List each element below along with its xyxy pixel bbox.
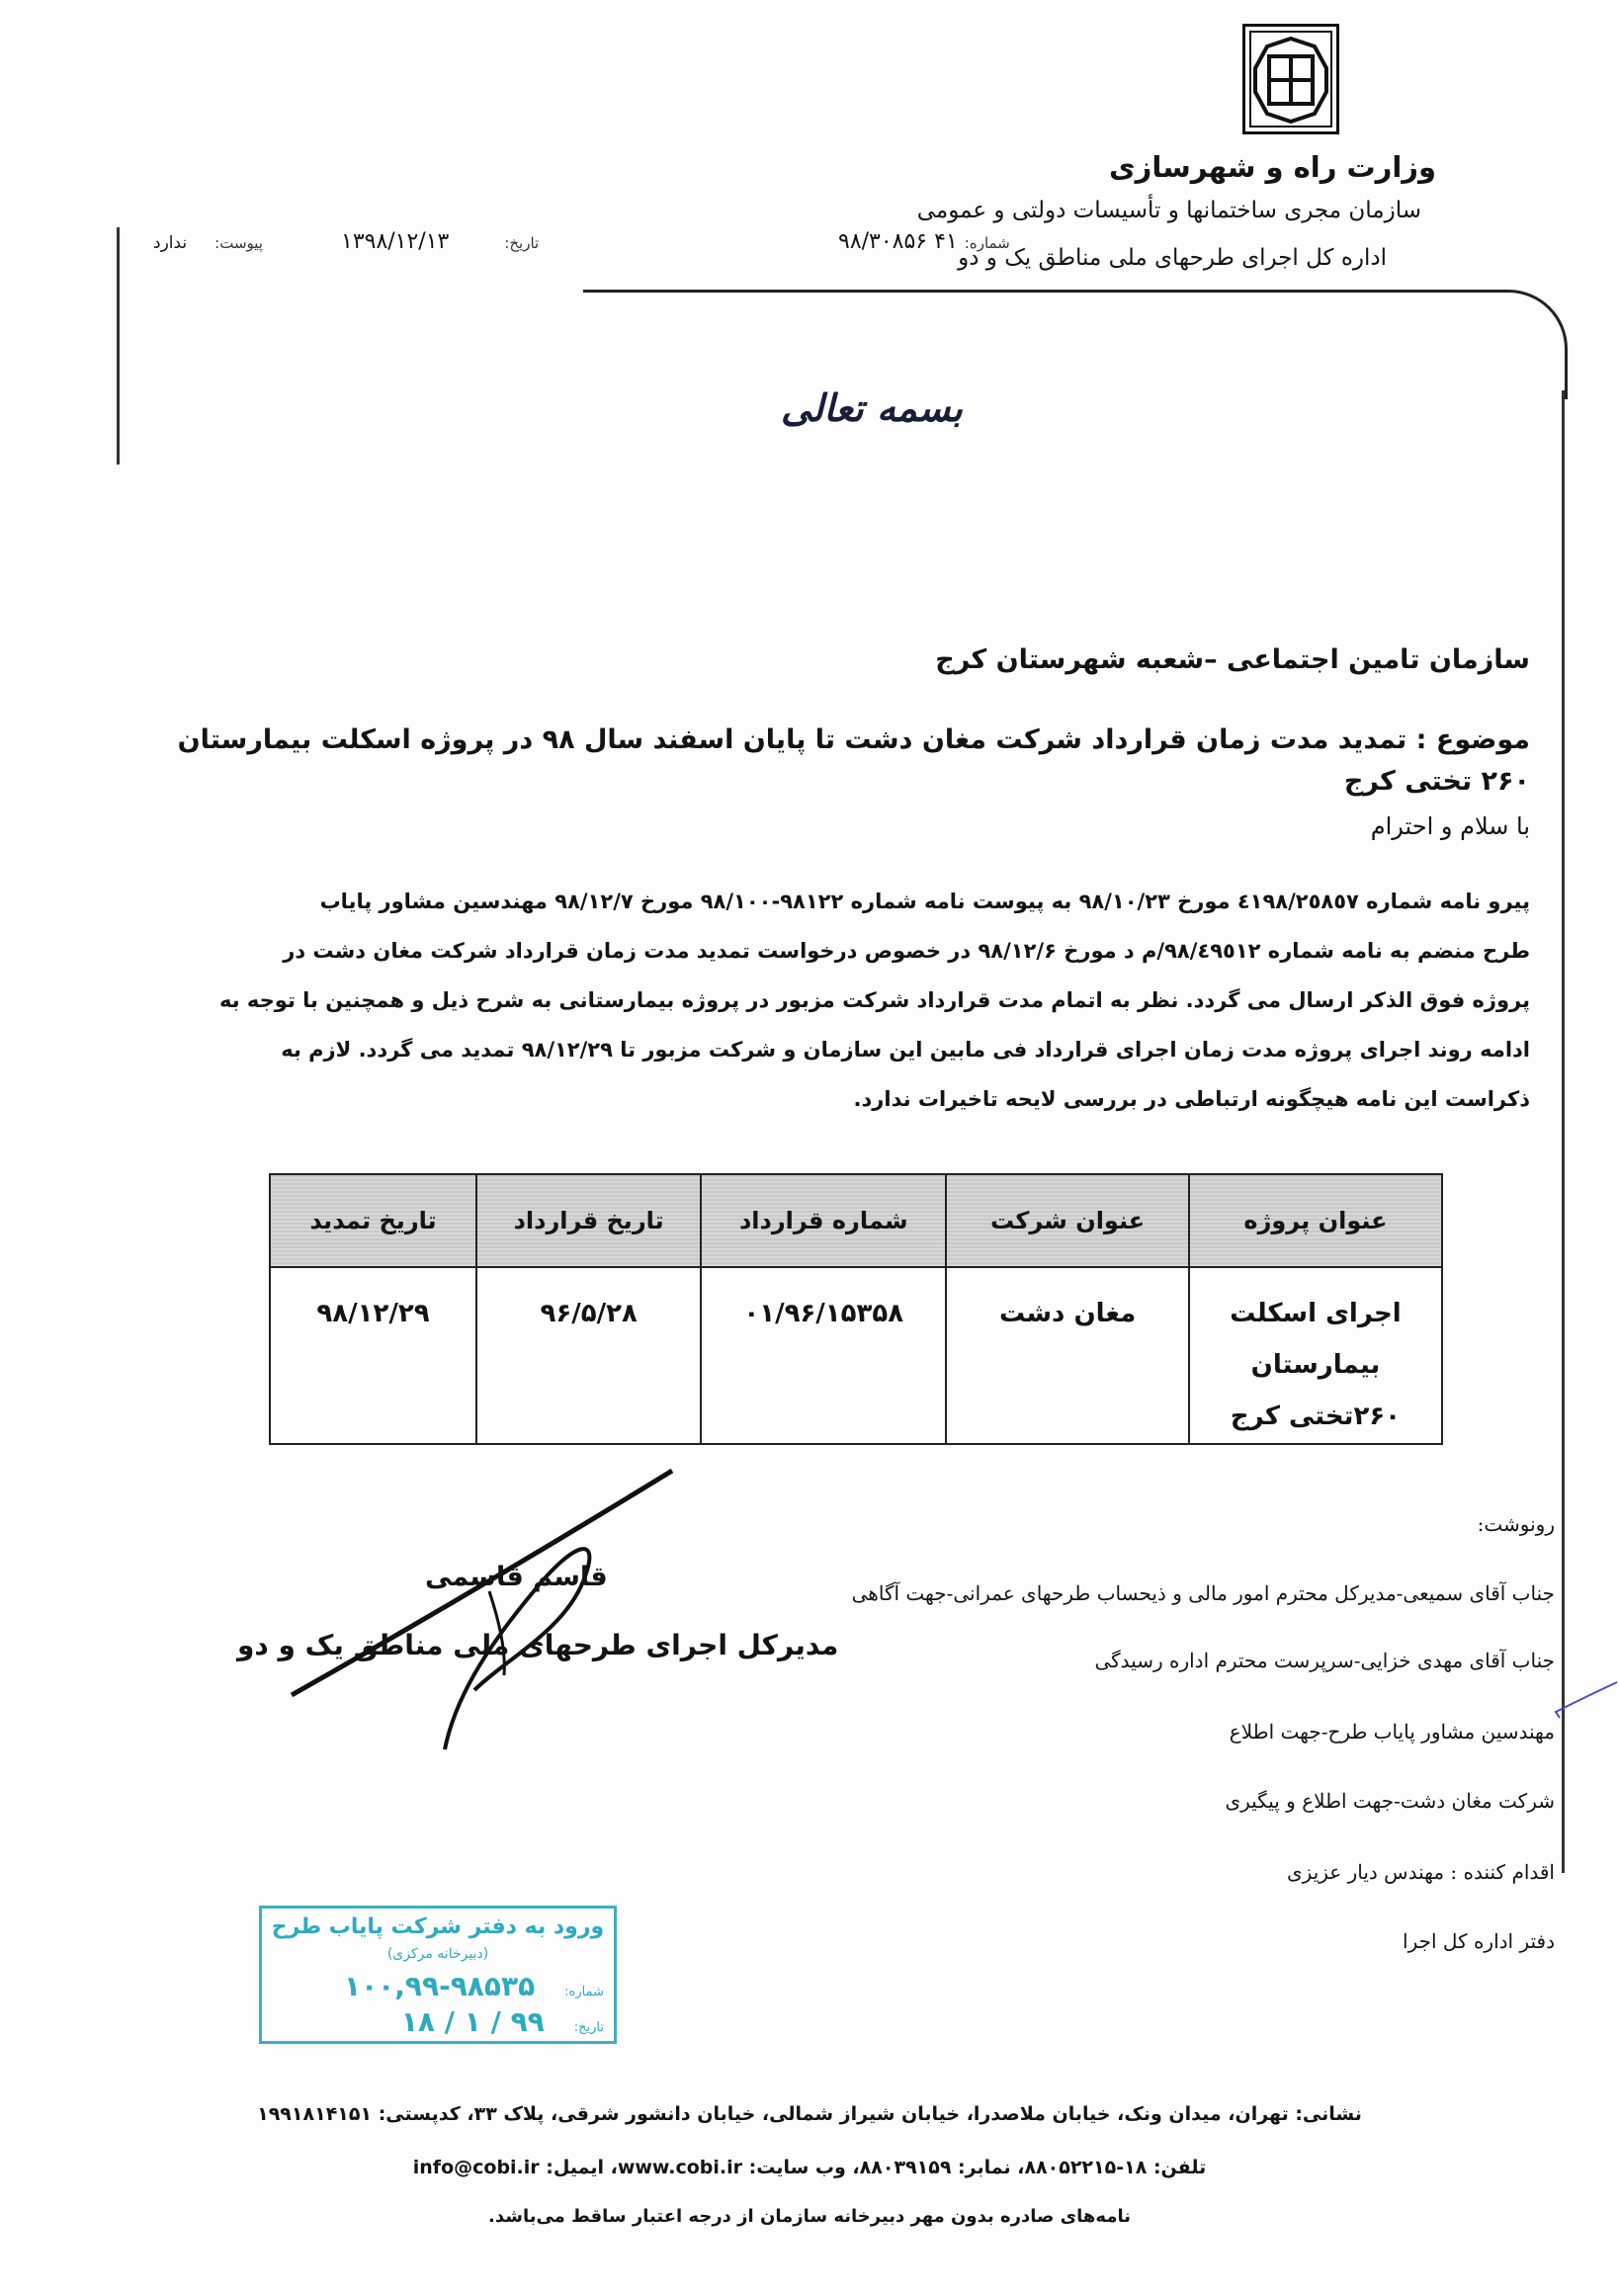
ministry-emblem-icon (1242, 24, 1339, 134)
body-line-5: ذکراست این نامه هیچگونه ارتباطی در بررسی… (146, 1087, 1530, 1111)
letter-number: شماره: ۴۱ ۹۸/۳۰۸۵۶ (838, 229, 1010, 254)
number-value: ۴۱ ۹۸/۳۰۸۵۶ (838, 229, 958, 254)
table-header-row: عنوان پروژه عنوان شرکت شماره قرارداد تار… (270, 1174, 1442, 1267)
cell-contract-number: ۰۱/۹۶/۱۵۳۵۸ (701, 1267, 946, 1444)
department-name: اداره کل اجرای طرحهای ملی مناطق یک و دو (958, 245, 1387, 271)
footer-notice: نامه‌های صادره بدون مهر دبیرخانه سازمان … (0, 2206, 1619, 2227)
ministry-name: وزارت راه و شهرسازی (1109, 150, 1436, 184)
body-line-1: پیرو نامه شماره ٤١٩٨/٢٥٨٥٧ مورخ ۹۸/۱۰/۲۳… (146, 890, 1530, 913)
attachment-value: ندارد (153, 233, 187, 253)
stamp-subtitle: (دبیرخانه مرکزی) (262, 1946, 614, 1962)
attachment-label: پیوست: (214, 234, 263, 252)
stamp-date-label: تاریخ: (574, 2020, 604, 2035)
frame-top-rule (583, 290, 1491, 293)
date-label: تاریخ: (504, 234, 539, 252)
number-label: شماره: (965, 234, 1010, 252)
cc-item: جناب آقای مهدی خزایی-سرپرست محترم اداره … (1094, 1649, 1555, 1672)
signer-name: قاسم قاسمی (425, 1562, 608, 1592)
body-line-4: ادامه روند اجرای پروژه مدت زمان اجرای قر… (146, 1038, 1530, 1062)
stamp-number-label: شماره: (564, 1985, 604, 1999)
col-company: عنوان شرکت (946, 1174, 1189, 1267)
stamp-number-value: ۱۰۰,۹۹-۹۸۵۳۵ (344, 1970, 535, 2002)
stamp-date-value: ۹۹ / ۱ / ۱۸ (401, 2005, 545, 2038)
handwritten-signature (287, 1463, 702, 1759)
col-extension-date: تاریخ تمدید (270, 1174, 476, 1267)
col-contract-number: شماره قرارداد (701, 1174, 946, 1267)
cell-company: مغان دشت (946, 1267, 1189, 1444)
organization-name: سازمان مجری ساختمانها و تأسیسات دولتی و … (917, 198, 1421, 223)
col-project: عنوان پروژه (1189, 1174, 1442, 1267)
frame-corner (1458, 290, 1568, 399)
recipient: سازمان تامین اجتماعی –شعبه شهرستان کرج (935, 644, 1530, 675)
cc-item: جناب آقای سمیعی-مدیرکل محترم امور مالی و… (852, 1581, 1555, 1605)
cc-item: شرکت مغان دشت-جهت اطلاع و پیگیری (1225, 1789, 1555, 1813)
letter-attachment: پیوست: ندارد (153, 229, 263, 254)
stamp-title: ورود به دفتر شرکت پایاب طرح (262, 1914, 614, 1939)
body-line-2: طرح منضم به نامه شماره ٩٨/٤٩٥١٢/م د مورخ… (146, 939, 1530, 963)
bismillah-heading: بسمه تعالی (781, 385, 963, 430)
cc-item: مهندسین مشاور پایاب طرح-جهت اطلاع (1230, 1720, 1555, 1743)
receipt-stamp: ورود به دفتر شرکت پایاب طرح (دبیرخانه مر… (259, 1906, 617, 2044)
cell-project: اجرای اسکلت بیمارستان ۲۶۰تختی کرج (1189, 1267, 1442, 1444)
frame-left-rule (117, 227, 120, 465)
cc-label: رونوشت: (1478, 1512, 1555, 1536)
cell-contract-date: ۹۶/۵/۲۸ (476, 1267, 701, 1444)
cc-item: دفتر اداره کل اجرا (1403, 1929, 1555, 1953)
col-contract-date: تاریخ قرارداد (476, 1174, 701, 1267)
greeting: با سلام و احترام (1371, 812, 1530, 840)
frame-right-rule (1562, 390, 1565, 1873)
footer-address: نشانی: تهران، میدان ونک، خیابان ملاصدرا،… (0, 2103, 1619, 2125)
footer-contact: تلفن: ۱۸-۸۸۰۵۲۲۱۵، نمابر: ۸۸۰۳۹۱۵۹، وب س… (0, 2157, 1619, 2178)
pen-check-mark (1552, 1680, 1619, 1724)
letter-date: تاریخ: ۱۳۹۸/۱۲/۱۳ (341, 229, 539, 254)
cell-extension-date: ۹۸/۱۲/۲۹ (270, 1267, 476, 1444)
date-value: ۱۳۹۸/۱۲/۱۳ (341, 229, 449, 254)
signer-title: مدیرکل اجرای طرحهای ملی مناطق یک و دو (237, 1629, 838, 1661)
contract-table: عنوان پروژه عنوان شرکت شماره قرارداد تار… (269, 1173, 1443, 1445)
table-row: اجرای اسکلت بیمارستان ۲۶۰تختی کرج مغان د… (270, 1267, 1442, 1444)
cc-item: اقدام کننده : مهندس دیار عزیزی (1287, 1860, 1555, 1884)
body-line-3: پروژه فوق الذکر ارسال می گردد. نظر به ات… (146, 988, 1530, 1012)
subject: موضوع : تمدید مدت زمان قرارداد شرکت مغان… (146, 720, 1530, 803)
